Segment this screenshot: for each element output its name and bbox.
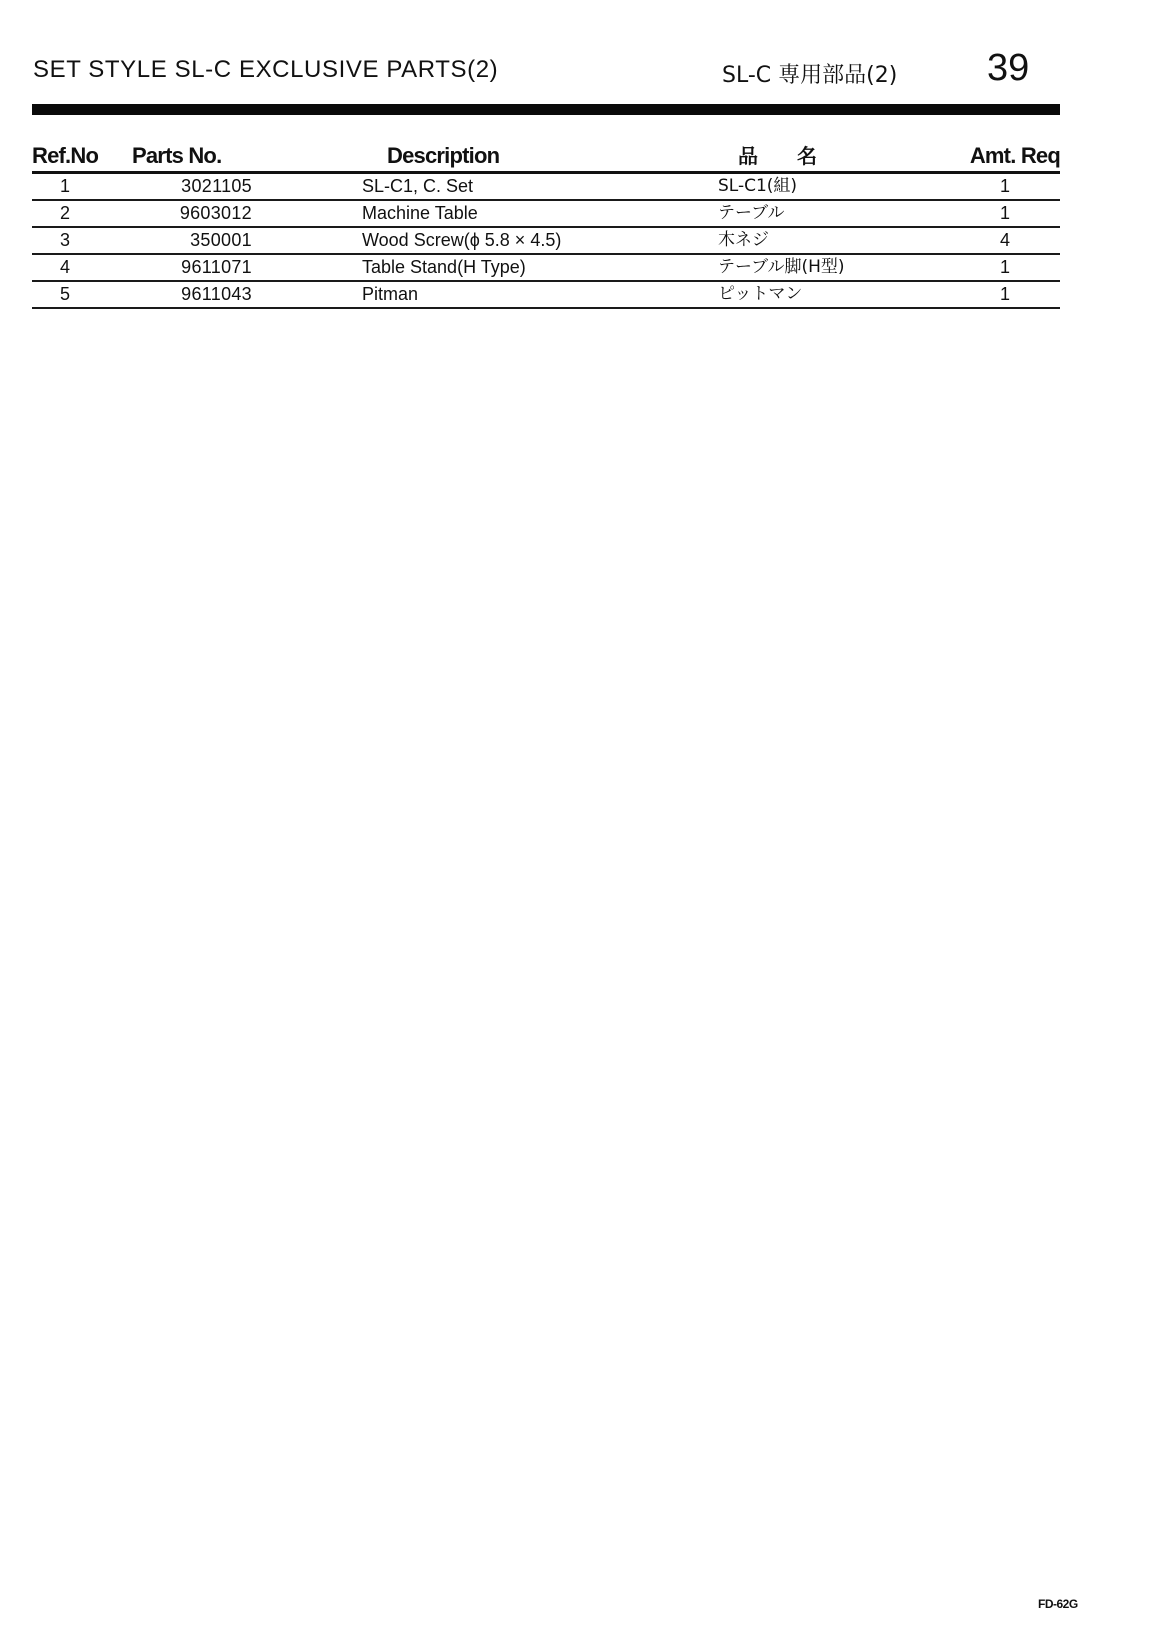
description-cell: Table Stand(H Type) bbox=[362, 255, 702, 280]
table-row: 1 3021105 SL-C1, C. Set SL-C1(組) 1 bbox=[32, 174, 1060, 201]
description-cell: Wood Screw(ϕ 5.8 × 4.5) bbox=[362, 228, 702, 253]
description-cell: Machine Table bbox=[362, 201, 702, 226]
amt-req-cell: 4 bbox=[990, 228, 1020, 253]
title-divider bbox=[32, 104, 1060, 115]
column-header-ref-no: Ref.No bbox=[32, 140, 98, 172]
parts-no-cell: 9611071 bbox=[142, 255, 252, 280]
ref-no-cell: 4 bbox=[32, 255, 98, 280]
ref-no-cell: 3 bbox=[32, 228, 98, 253]
parts-table: Ref.No Parts No. Description 品 名 Amt. Re… bbox=[32, 140, 1060, 309]
ref-no-cell: 2 bbox=[32, 201, 98, 226]
table-row: 5 9611043 Pitman ピットマン 1 bbox=[32, 282, 1060, 309]
page-title-japanese: SL-C 専用部品(2) bbox=[722, 58, 897, 89]
amt-req-cell: 1 bbox=[990, 282, 1020, 307]
name-jp-cell: SL-C1(組) bbox=[718, 174, 918, 199]
ref-no-cell: 1 bbox=[32, 174, 98, 199]
table-row: 4 9611071 Table Stand(H Type) テーブル脚(H型) … bbox=[32, 255, 1060, 282]
name-jp-cell: ピットマン bbox=[718, 282, 918, 307]
table-header-row: Ref.No Parts No. Description 品 名 Amt. Re… bbox=[32, 140, 1060, 174]
table-row: 3 350001 Wood Screw(ϕ 5.8 × 4.5) 木ネジ 4 bbox=[32, 228, 1060, 255]
name-jp-cell: 木ネジ bbox=[718, 228, 918, 253]
description-cell: Pitman bbox=[362, 282, 702, 307]
table-row: 2 9603012 Machine Table テーブル 1 bbox=[32, 201, 1060, 228]
document-code: FD-62G bbox=[1038, 1597, 1078, 1611]
name-jp-cell: テーブル脚(H型) bbox=[718, 255, 918, 280]
name-jp-cell: テーブル bbox=[718, 201, 918, 226]
amt-req-cell: 1 bbox=[990, 174, 1020, 199]
parts-no-cell: 350001 bbox=[142, 228, 252, 253]
column-header-description: Description bbox=[387, 140, 587, 172]
parts-no-cell: 9603012 bbox=[142, 201, 252, 226]
amt-req-cell: 1 bbox=[990, 201, 1020, 226]
parts-no-cell: 9611043 bbox=[142, 282, 252, 307]
page-number: 39 bbox=[987, 47, 1029, 90]
column-header-parts-no: Parts No. bbox=[132, 140, 267, 172]
description-cell: SL-C1, C. Set bbox=[362, 174, 702, 199]
page-title: SET STYLE SL-C EXCLUSIVE PARTS(2) bbox=[33, 56, 498, 84]
column-header-amt-req: Amt. Req bbox=[940, 140, 1060, 172]
column-header-name-jp: 品 名 bbox=[738, 140, 858, 172]
parts-no-cell: 3021105 bbox=[142, 174, 252, 199]
amt-req-cell: 1 bbox=[990, 255, 1020, 280]
ref-no-cell: 5 bbox=[32, 282, 98, 307]
